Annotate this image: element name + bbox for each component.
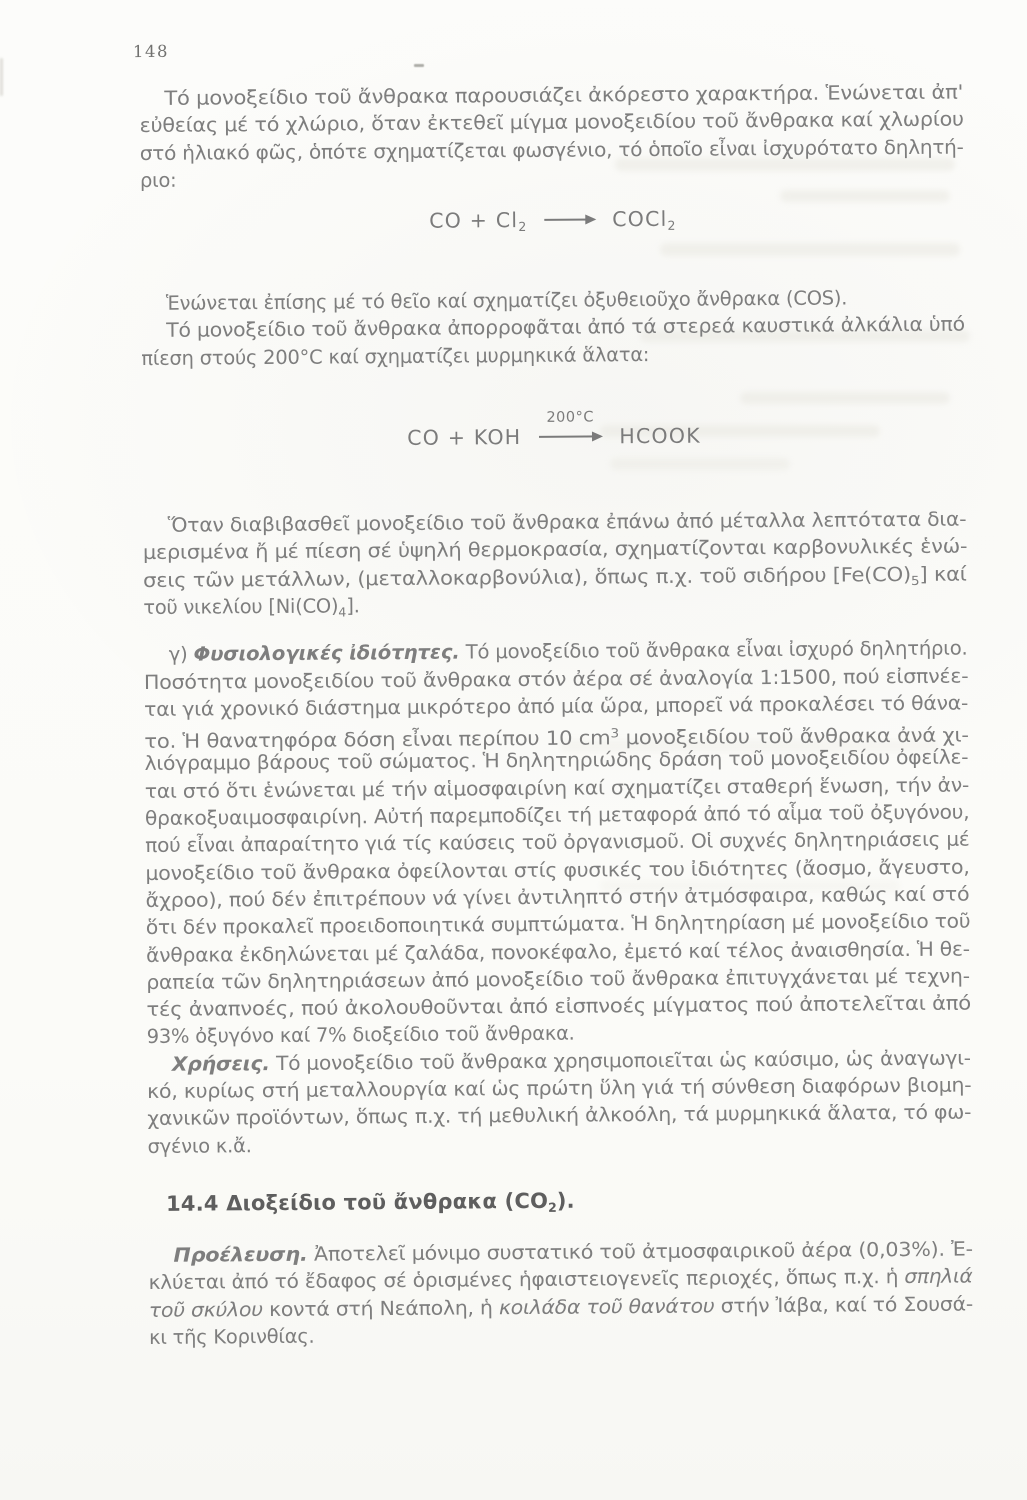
para-uses: Χρήσεις. Τό μονοξείδιο τοῦ ἄνθρακα χρησι…: [147, 1044, 972, 1160]
text-run: Ὅταν διαβιβασθεῖ μονοξείδιο τοῦ ἄνθρακα …: [168, 508, 967, 537]
text-run: κό, κυρίως στή μεταλλουργία καί ὡς πρώτη…: [147, 1074, 971, 1103]
text-line-content: κι τῆς Κορινθίας.: [149, 1322, 315, 1351]
page-text-column: 148 Τό μονοξείδιο τοῦ ἄνθρακα παρουσιάζε…: [139, 36, 973, 1352]
text-line-content: σεις τῶν μετάλλων, (μεταλλοκαρβονύλια), …: [143, 560, 967, 600]
text-line-content: πίεση στούς 200°C καί σχηματίζει μυρμηκι…: [141, 341, 649, 372]
para-metal-carbonyls: Ὅταν διαβιβασθεῖ μονοξείδιο τοῦ ἄνθρακα …: [143, 506, 968, 622]
text-run: Ποσότητα μονοξειδίου τοῦ ἄνθρακα στόν ἀέ…: [144, 664, 969, 693]
text-run: εὐθείας μέ τό χλώριο, ὅταν ἐκτεθεῖ μίγμα…: [139, 108, 963, 137]
text-run: στήν Ἰάβα, καί τό Σουσά-: [714, 1292, 973, 1317]
equation-potassium-formate: CO + KOH200°CHCOOK: [142, 419, 966, 455]
text-run: ριο:: [140, 169, 177, 192]
para-physiological-properties: γ) Φυσιολογικές ἰδιότητες. Τό μονοξείδιο…: [144, 635, 971, 1051]
text-run: Ἀποτελεῖ μόνιμο συστατικό τοῦ ἀτμοσφαιρι…: [308, 1237, 973, 1265]
text-run: κι τῆς Κορινθίας.: [149, 1324, 315, 1348]
text-run: Τό μονοξείδιο τοῦ ἄνθρακα παρουσιάζει ἀκ…: [164, 81, 963, 110]
subscript-text: 2: [518, 219, 526, 234]
text-run: HCOOK: [619, 424, 701, 449]
text-run: σεις τῶν μετάλλων, (μεταλλοκαρβονύλια), …: [143, 563, 911, 592]
subscript-text: 5: [911, 573, 920, 588]
text-run: Φυσιολογικές ἰδιότητες.: [193, 641, 459, 666]
text-run: μερισμένα ἤ μέ πίεση σέ ὑψηλή θερμοκρασί…: [143, 535, 967, 564]
superscript-text: 3: [610, 725, 619, 740]
text-run: στό ἡλιακό φῶς, ὁπότε σχηματίζεται φωσγέ…: [140, 135, 964, 164]
text-run: ραπεία τῶν δηλητηριάσεων ἀπό μονοξείδιο …: [146, 964, 970, 993]
subscript-text: 2: [548, 1200, 557, 1215]
text-run: ἄνθρακα ἐκδηλώνεται μέ ζαλάδα, πονοκέφαλ…: [146, 937, 970, 966]
text-run: τές ἀναπνοές, πού ἀκολουθοῦνται ἀπό εἰσπ…: [146, 992, 971, 1021]
reaction-arrow-icon: [544, 219, 594, 221]
scan-edge-artifact: [0, 58, 3, 96]
text-run: Χρήσεις.: [172, 1052, 270, 1076]
text-run: σπηλιά: [904, 1265, 972, 1289]
text-run: κοιλάδα τοῦ θανάτου: [499, 1294, 715, 1319]
page-body: Τό μονοξείδιο τοῦ ἄνθρακα παρουσιάζει ἀκ…: [139, 79, 973, 1352]
text-run: ] καί: [919, 562, 966, 585]
text-run: 93% ὀξυγόνο καί 7% διοξείδιο τοῦ ἄνθρακα…: [147, 1022, 575, 1048]
text-run: CO + KOH: [407, 425, 521, 450]
text-run: γ): [169, 643, 194, 666]
text-run: ἄχροο), πού δέν ἐπιτρέπουν νά γίνει ἀντι…: [146, 882, 970, 911]
text-line-content: σγένιο κ.ἄ.: [147, 1132, 251, 1160]
para-origin: Προέλευση. Ἀποτελεῖ μόνιμο συστατικό τοῦ…: [148, 1235, 973, 1351]
text-run: λιόγραμμο βάρους τοῦ σώματος. Ἡ δηλητηρι…: [144, 746, 968, 775]
text-run: CO + Cl: [429, 208, 518, 233]
text-run: θρακοξυαιμοσφαιρίνη. Αὐτή παρεμποδίζει τ…: [145, 801, 970, 830]
text-run: χανικῶν προϊόντων, ὅπως π.χ. τή μεθυλική…: [147, 1101, 971, 1130]
text-run: ται στό ὅτι ἑνώνεται μέ τήν αἱμοσφαιρίνη…: [145, 773, 969, 802]
text-run: Προέλευση.: [173, 1243, 307, 1267]
subscript-text: 2: [667, 218, 675, 233]
text-run: 14.4 Διοξείδιο τοῦ ἄνθρακα (CO: [166, 1189, 548, 1216]
reaction-arrow-icon: 200°C: [539, 435, 601, 437]
reaction-condition-label: 200°C: [546, 403, 594, 433]
para-alkali-absorption: Τό μονοξείδιο τοῦ ἄνθρακα ἀπορροφᾶται ἀπ…: [141, 311, 965, 372]
text-line: σεις τῶν μετάλλων, (μεταλλοκαρβονύλια), …: [143, 560, 967, 594]
text-run: Τό μονοξείδιο τοῦ ἄνθρακα ἀπορροφᾶται ἀπ…: [166, 313, 965, 342]
subscript-text: 4: [338, 604, 346, 619]
text-run: τοῦ σκύλου: [149, 1298, 263, 1322]
text-line-content: ριο:: [140, 167, 177, 195]
text-run: πίεση στούς 200°C καί σχηματίζει μυρμηκι…: [141, 343, 649, 370]
text-run: πού εἶναι ἀπαραίτητο γιά τίς καύσεις τοῦ…: [145, 828, 969, 857]
text-line-content: 93% ὀξυγόνο καί 7% διοξείδιο τοῦ ἄνθρακα…: [147, 1020, 575, 1051]
text-run: ται γιά χρονικό διάστημα μικρότερο ἀπό μ…: [144, 691, 968, 720]
page-number: 148: [133, 36, 963, 63]
text-run: Τό μονοξείδιο τοῦ ἄνθρακα εἶναι ἰσχυρό δ…: [460, 637, 968, 664]
para-unsaturated-character: Τό μονοξείδιο τοῦ ἄνθρακα παρουσιάζει ἀκ…: [139, 79, 964, 195]
text-run: μονοξείδιο τοῦ ἄνθρακα ὀφείλονται στίς φ…: [145, 855, 969, 884]
text-run: ὅτι δέν προκαλεῖ προειδοποιητικά συμπτώμ…: [146, 910, 971, 939]
text-run: COCl: [612, 207, 667, 231]
text-run: κοντά στή Νεάπολη, ἡ: [263, 1296, 499, 1321]
text-run: Ἑνώνεται ἐπίσης μέ τό θεῖο καί σχηματίζε…: [166, 287, 847, 315]
scanned-page: 148 Τό μονοξείδιο τοῦ ἄνθρακα παρουσιάζε…: [0, 0, 1027, 1500]
text-run: ).: [557, 1189, 575, 1213]
text-run: Τό μονοξείδιο τοῦ ἄνθρακα χρησιμοποιεῖτα…: [270, 1046, 971, 1075]
text-run: σγένιο κ.ἄ.: [147, 1134, 251, 1158]
text-run: κλύεται ἀπό τό ἔδαφος σέ ὁρισμένες ἡφαισ…: [149, 1265, 905, 1294]
heading-section-14-4: 14.4 Διοξείδιο τοῦ ἄνθρακα (CO2).: [148, 1183, 972, 1224]
equation-phosgene: CO + Cl2COCl2: [140, 202, 964, 245]
